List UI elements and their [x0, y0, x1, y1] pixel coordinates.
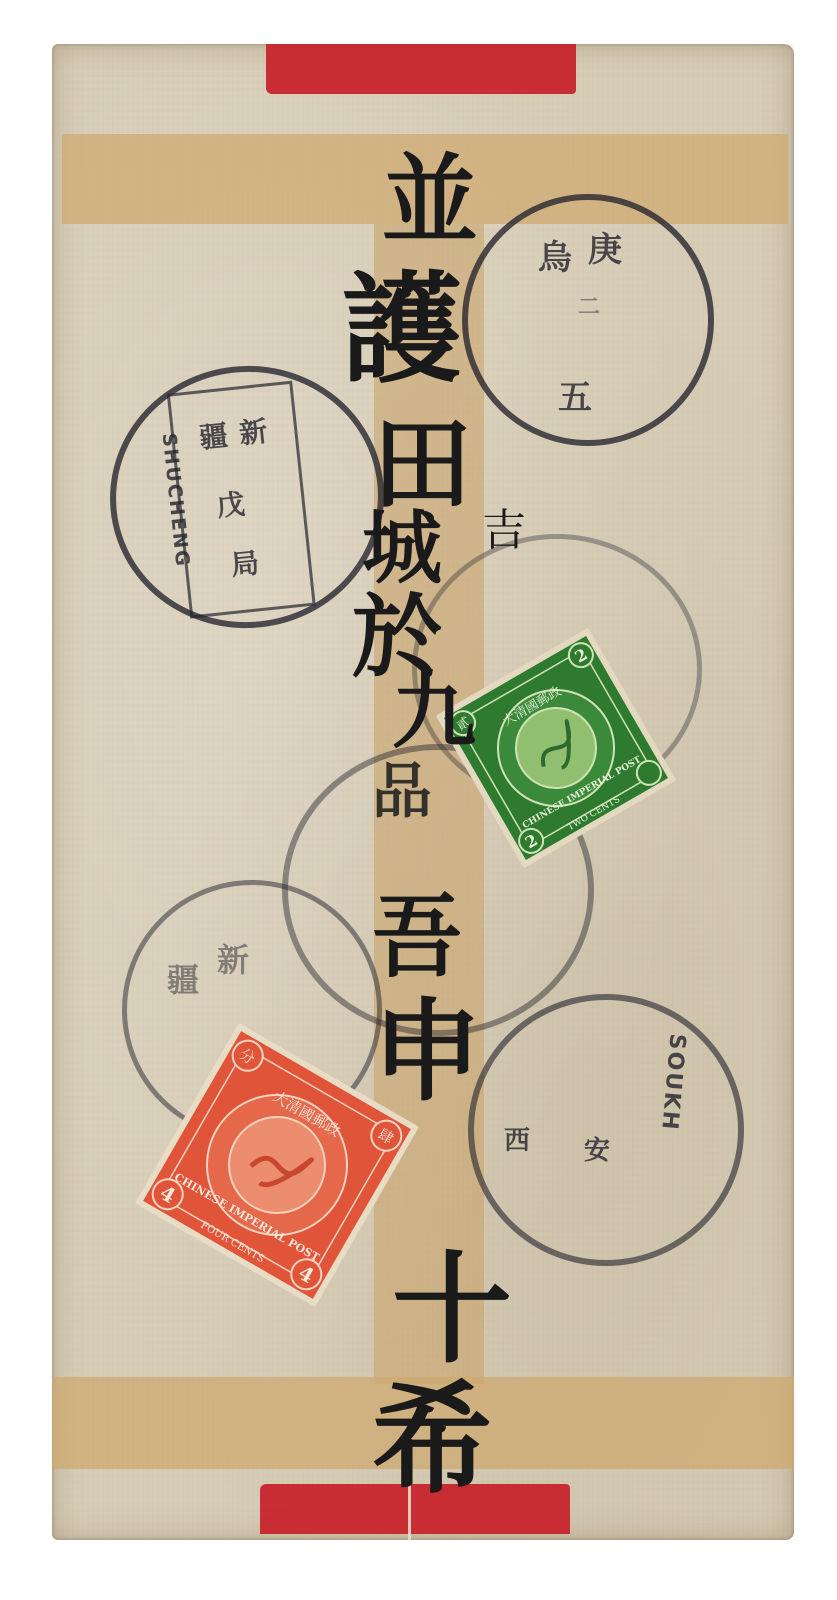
address-char: 希: [372, 1344, 492, 1516]
postmark-char: 戊: [215, 482, 247, 525]
postmark-char: 新: [237, 410, 269, 453]
postmark-char: 新: [217, 935, 249, 981]
postmark-char: 疆: [167, 955, 199, 1001]
postmark-char: 五: [558, 370, 592, 419]
postmark-char: 疆: [197, 414, 229, 457]
envelope: 烏 庚 二 五 SHUCHENG 新 疆 戊 局 新 疆 SOUKH 西 安: [52, 44, 794, 1540]
address-char: 護: [342, 234, 462, 406]
address-char: 申: [372, 964, 482, 1122]
postmark-char: 二: [578, 290, 600, 321]
address-side-char: 吉: [482, 494, 526, 558]
address-char: 品: [372, 744, 432, 830]
postmark-char: 安: [584, 1130, 610, 1167]
red-seal-top: [266, 44, 576, 94]
postmark-char: 局: [229, 541, 261, 584]
postmark-latin-text: SOUKH: [656, 1033, 689, 1133]
postmark-char: 庚: [588, 222, 622, 271]
address-calligraphy: 並 護 田 城 於 九 品 吾 申 十 希 吉: [332, 94, 532, 1514]
postmark-char: 烏: [538, 230, 572, 279]
